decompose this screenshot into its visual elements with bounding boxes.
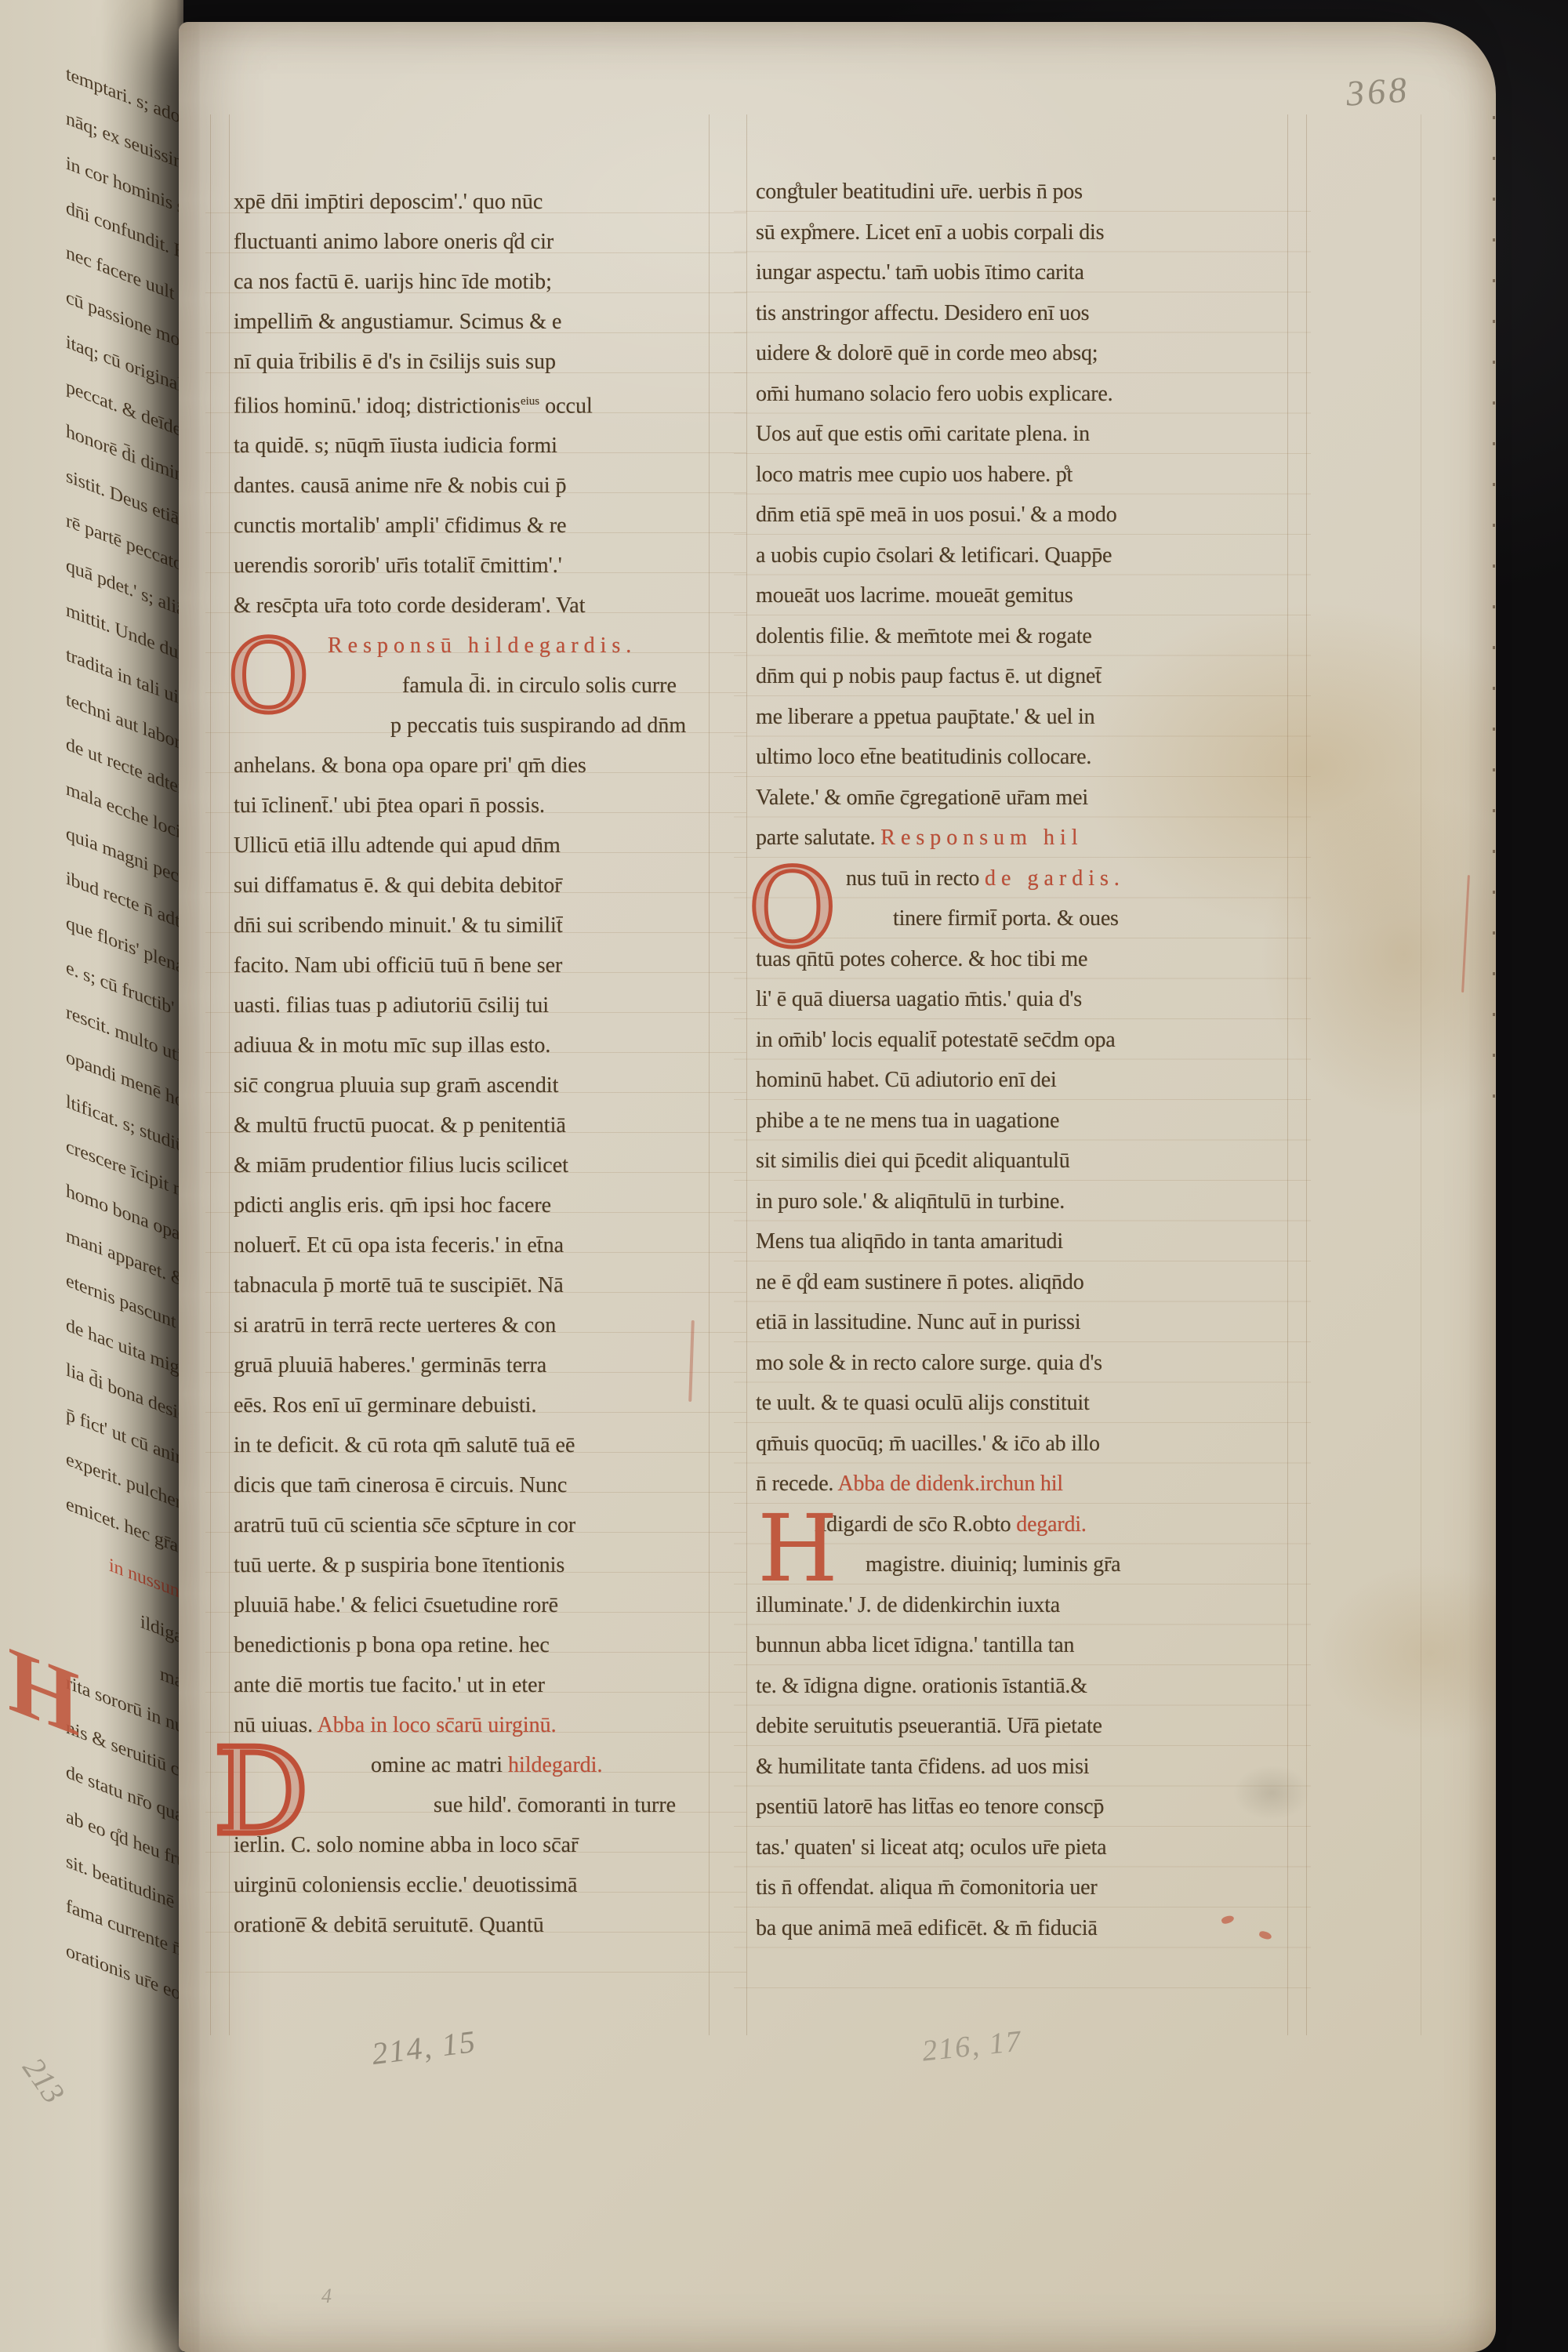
text-line: ne ē q̊d eam sustinere n̄ potes. aliqn̄d… bbox=[756, 1262, 1281, 1303]
ink-text: nū uiuas. bbox=[234, 1713, 318, 1737]
ink-text: facito. Nam ubi officiū tuū n̄ bene ser bbox=[234, 953, 562, 978]
ink-text: ta quidē. s; nūqm̄ īiusta iudicia formi bbox=[234, 434, 557, 458]
text-line: tis anstringor affectu. Desidero enī uos bbox=[756, 293, 1281, 334]
text-line: si aratrū in terrā recte uerteres & con bbox=[234, 1305, 704, 1345]
text-line: ba que animā meā edificēt. & m̄ fiduciā bbox=[756, 1908, 1281, 1949]
text-line: uerendis sororib' ur̄is totalit̄ c̄mitti… bbox=[234, 546, 704, 586]
ink-text: ante diē mortis tue facito.' ut in eter bbox=[234, 1673, 545, 1697]
ink-text: ierlin. C. solo nomine abba in loco sc̄a… bbox=[234, 1833, 578, 1857]
text-line: Responsū hildegardis. bbox=[234, 626, 704, 666]
text-line: psentiū latorē has litt̄as eo tenore con… bbox=[756, 1787, 1281, 1828]
rubric-text: Abba in loco sc̄arū uirginū. bbox=[318, 1713, 557, 1737]
text-line: pdicti anglis eris. qm̄ ipsi hoc facere bbox=[234, 1185, 704, 1225]
text-line: dn̄m etiā spē meā in uos posui.' & a mod… bbox=[756, 495, 1281, 535]
text-line: famula d̄i. in circulo solis curre bbox=[234, 666, 704, 706]
ink-text: a uobis cupio c̄solari & letificari. Qua… bbox=[756, 543, 1112, 568]
ink-text: tinere firmit̄ porta. & oues bbox=[893, 906, 1119, 931]
ink-text: eēs. Ros enī uī germinare debuisti. bbox=[234, 1393, 536, 1417]
ink-text: anhelans. & bona opa opare pri' qm̄ dies bbox=[234, 753, 586, 778]
ink-text: iungar aspectu.' tam̄ uobis ītimo carita bbox=[756, 260, 1084, 285]
ink-text: mo sole & in recto calore surge. quia d'… bbox=[756, 1351, 1102, 1375]
text-line: tabnacula p̄ mortē tuā te suscipiēt. Nā bbox=[234, 1265, 704, 1305]
text-line: & resc̄pta ur̄a toto corde desideram'. V… bbox=[234, 586, 704, 626]
ink-text: ne ē q̊d eam sustinere n̄ potes. aliqn̄d… bbox=[756, 1270, 1084, 1294]
text-line: uasti. filias tuas p adiutoriū c̄silij t… bbox=[234, 985, 704, 1025]
ink-text: loco matris mee cupio uos habere. p̊t bbox=[756, 463, 1073, 487]
text-line: dn̄m qui p nobis paup factus ē. ut digne… bbox=[756, 656, 1281, 697]
text-line: ante diē mortis tue facito.' ut in eter bbox=[234, 1665, 704, 1705]
ink-text: dn̄m etiā spē meā in uos posui.' & a mod… bbox=[756, 503, 1117, 527]
ink-text: ultimo loco et̄ne beatitudinis collocare… bbox=[756, 745, 1091, 769]
ink-text: Mens tua aliqn̄do in tanta amaritudi bbox=[756, 1229, 1063, 1254]
text-line: te uult. & te quasi oculū alijs constitu… bbox=[756, 1383, 1281, 1424]
text-line: ca nos factū ē. uarijs hinc īde motib; bbox=[234, 262, 704, 302]
text-line: oratione̅ & debitā seruitutē. Quantū bbox=[234, 1905, 704, 1945]
ink-text: occul bbox=[539, 394, 593, 418]
ink-text: gruā pluuiā haberes.' germinās terra bbox=[234, 1353, 546, 1377]
text-line: tis n̄ offendat. aliqua m̄ c̄omonitoria … bbox=[756, 1867, 1281, 1908]
ink-text: aratrū tuū cū scientia sc̄e sc̄pture in … bbox=[234, 1513, 575, 1537]
rubric-text: Responsum hil bbox=[880, 826, 1083, 850]
ink-text: xpē dn̄i imp̄tiri deposcim'.' quo nūc bbox=[234, 190, 543, 214]
text-line: phibe a te ne mens tua in uagatione bbox=[756, 1101, 1281, 1142]
ink-text: noluert̄. Et cū opa ista feceris.' in et… bbox=[234, 1233, 564, 1258]
ink-text: & humilitate tanta c̄fidens. ad uos misi bbox=[756, 1755, 1089, 1779]
rubric-text: hildegardi. bbox=[508, 1753, 603, 1777]
text-line: xpē dn̄i imp̄tiri deposcim'.' quo nūc bbox=[234, 182, 704, 222]
text-line: facito. Nam ubi officiū tuū n̄ bene ser bbox=[234, 946, 704, 985]
ink-text: sū exp̊mere. Licet enī a uobis corpali d… bbox=[756, 220, 1104, 245]
text-line: n̄ recede. Abba de didenk.irchun hil bbox=[756, 1464, 1281, 1504]
ink-text: nus tuū in recto bbox=[846, 866, 985, 891]
text-line: pluuiā habe.' & felici c̄suetudine rorē bbox=[234, 1585, 704, 1625]
text-line: tas.' quaten' si liceat atq; oculos ur̄e… bbox=[756, 1828, 1281, 1868]
facing-page-text: temptari. s; adorari debenāq; ex seuissi… bbox=[66, 52, 183, 2166]
rubric-text: de gardis. bbox=[985, 866, 1125, 891]
text-line: nū uiuas. Abba in loco sc̄arū uirginū. bbox=[234, 1705, 704, 1745]
folio-number: 368 bbox=[1345, 68, 1410, 114]
facing-initial-H: H bbox=[8, 1639, 80, 1744]
ink-text: sui diffamatus ē. & qui debita debitor̄ bbox=[234, 873, 562, 898]
ink-text: filios hominū.' idoq; districtionis bbox=[234, 394, 521, 418]
ink-text: tuas qn̄tū potes coherce. & hoc tibi me bbox=[756, 947, 1087, 971]
ink-text: impellim̄ & angustiamur. Scimus & e bbox=[234, 310, 561, 334]
ink-text: uasti. filias tuas p adiutoriū c̄silij t… bbox=[234, 993, 549, 1018]
text-line: in om̄ib' locis equalit̄ potestatē sec̄d… bbox=[756, 1020, 1281, 1061]
text-line: eēs. Ros enī uī germinare debuisti. bbox=[234, 1385, 704, 1425]
pencil-annotation-left: 214, 15 bbox=[370, 2023, 479, 2072]
ink-text: Valete.' & omn̄e c̄gregationē ur̄am mei bbox=[756, 786, 1088, 810]
text-line: dn̄i sui scribendo minuit.' & tu similit… bbox=[234, 906, 704, 946]
ink-text: uerendis sororib' ur̄is totalit̄ c̄mitti… bbox=[234, 554, 562, 578]
text-line: Mens tua aliqn̄do in tanta amaritudi bbox=[756, 1221, 1281, 1262]
vertical-rule bbox=[229, 114, 230, 2035]
ink-text: nī quia t̄ribilis ē d's in c̄silijs suis… bbox=[234, 350, 556, 374]
ink-text: uidere & dolorē quē in corde meo absq; bbox=[756, 341, 1098, 365]
margin-red-mark bbox=[1461, 875, 1470, 993]
text-line: tuū uerte. & p suspiria bone ītentionis bbox=[234, 1545, 704, 1585]
text-line: sū exp̊mere. Licet enī a uobis corpali d… bbox=[756, 212, 1281, 253]
ink-text: dn̄m qui p nobis paup factus ē. ut digne… bbox=[756, 664, 1102, 688]
text-line: dolentis filie. & mem̄tote mei & rogate bbox=[756, 616, 1281, 657]
ink-text: debite seruitutis pseuerantiā. Ur̄ā piet… bbox=[756, 1714, 1102, 1738]
text-line: qm̄uis quocūq; m̄ uacilles.' & ic̄o ab i… bbox=[756, 1424, 1281, 1465]
ink-text: ildigardi de sc̄o R.obto bbox=[815, 1512, 1016, 1537]
text-line: om̄i humano solacio fero uobis explicare… bbox=[756, 374, 1281, 415]
ink-text: sic̄ congrua pluuia sup gram̄ ascendit bbox=[234, 1073, 558, 1098]
ink-text: Uos aut̄ que estis om̄i caritate plena. … bbox=[756, 422, 1090, 446]
ink-text: Ullicū etiā illu adtende qui apud dn̄m bbox=[234, 833, 561, 858]
ink-text: oratione̅ & debitā seruitutē. Quantū bbox=[234, 1913, 544, 1937]
ink-text: p peccatis tuis suspirando ad dn̄m bbox=[390, 713, 686, 738]
ink-text: & miām prudentior filius lucis scilicet bbox=[234, 1153, 568, 1178]
text-line: a uobis cupio c̄solari & letificari. Qua… bbox=[756, 535, 1281, 576]
text-line: etiā in lassitudine. Nunc aut̄ in puriss… bbox=[756, 1302, 1281, 1343]
text-line: adiuua & in motu mīc sup illas esto. bbox=[234, 1025, 704, 1065]
ink-text: adiuua & in motu mīc sup illas esto. bbox=[234, 1033, 550, 1058]
text-line: filios hominū.' idoq; districtioniseius … bbox=[234, 382, 704, 426]
ink-text: tui īclinent̄.' ubi p̄tea opari n̄ possi… bbox=[234, 793, 545, 818]
text-line: te. & īdigna digne. orationis īstantiā.& bbox=[756, 1666, 1281, 1707]
ink-text: phibe a te ne mens tua in uagatione bbox=[756, 1109, 1059, 1133]
text-line: in puro sole.' & aliqn̄tulū in turbine. bbox=[756, 1181, 1281, 1222]
text-line: magistre. diuiniq; luminis gr̄a bbox=[756, 1544, 1281, 1585]
text-line: mo sole & in recto calore surge. quia d'… bbox=[756, 1343, 1281, 1384]
ink-text: te uult. & te quasi oculū alijs constitu… bbox=[756, 1391, 1090, 1415]
ink-text: magistre. diuiniq; luminis gr̄a bbox=[866, 1552, 1120, 1577]
ink-text: qm̄uis quocūq; m̄ uacilles.' & ic̄o ab i… bbox=[756, 1432, 1100, 1456]
text-line: & humilitate tanta c̄fidens. ad uos misi bbox=[756, 1747, 1281, 1788]
text-line: ildigardi de sc̄o R.obto degardi. bbox=[756, 1504, 1281, 1545]
ink-text: tis n̄ offendat. aliqua m̄ c̄omonitoria … bbox=[756, 1875, 1097, 1900]
text-line: in te deficit. & cū rota qm̄ salutē tuā … bbox=[234, 1425, 704, 1465]
ink-text: cong̊tuler beatitudini ur̄e. uerbis n̄ p… bbox=[756, 180, 1083, 204]
pencil-annotation-right: 216, 17 bbox=[920, 2024, 1024, 2068]
ink-text: dantes. causā anime nr̄e & nobis cui p̄ bbox=[234, 474, 567, 498]
text-line: iungar aspectu.' tam̄ uobis ītimo carita bbox=[756, 252, 1281, 293]
ink-text: dn̄i sui scribendo minuit.' & tu similit… bbox=[234, 913, 563, 938]
text-line: illuminate.' J. de didenkirchin iuxta bbox=[756, 1585, 1281, 1626]
ink-text: om̄i humano solacio fero uobis explicare… bbox=[756, 382, 1112, 406]
text-line: noluert̄. Et cū opa ista feceris.' in et… bbox=[234, 1225, 704, 1265]
text-line: aratrū tuū cū scientia sc̄e sc̄pture in … bbox=[234, 1505, 704, 1545]
ink-text: sit similis diei qui p̄cedit aliquantulū bbox=[756, 1149, 1070, 1173]
text-line: sue hild'. c̄omoranti in turre bbox=[234, 1785, 704, 1825]
ink-text: pluuiā habe.' & felici c̄suetudine rorē bbox=[234, 1593, 558, 1617]
rubric-text: Responsū hildegardis. bbox=[328, 633, 637, 658]
text-line: benedictionis p bona opa retine. hec bbox=[234, 1625, 704, 1665]
vertical-rule bbox=[746, 114, 747, 2035]
ink-text: cunctis mortalib' ampli' c̄fidimus & re bbox=[234, 514, 567, 538]
ink-text: fluctuanti animo labore oneris q̊d cir bbox=[234, 230, 554, 254]
text-line: omine ac matri hildegardi. bbox=[234, 1745, 704, 1785]
ink-text: benedictionis p bona opa retine. hec bbox=[234, 1633, 550, 1657]
text-line: li' ē quā diuersa uagatio m̄tis.' quia d… bbox=[756, 979, 1281, 1020]
ink-text: n̄ recede. bbox=[756, 1472, 838, 1496]
ink-text: tis anstringor affectu. Desidero enī uos bbox=[756, 301, 1089, 325]
ink-text: li' ē quā diuersa uagatio m̄tis.' quia d… bbox=[756, 987, 1082, 1011]
text-line: ierlin. C. solo nomine abba in loco sc̄a… bbox=[234, 1825, 704, 1865]
text-line: ta quidē. s; nūqm̄ īiusta iudicia formi bbox=[234, 426, 704, 466]
text-column-left: xpē dn̄i imp̄tiri deposcim'.' quo nūcflu… bbox=[234, 182, 704, 1945]
text-line: parte salutate. Responsum hil bbox=[756, 818, 1281, 858]
text-line: Uos aut̄ que estis om̄i caritate plena. … bbox=[756, 414, 1281, 455]
text-line: tinere firmit̄ porta. & oues bbox=[756, 898, 1281, 939]
text-line: bunnun abba licet īdigna.' tantilla tan bbox=[756, 1625, 1281, 1666]
ink-text: me liberare a ppetua paup̄tate.' & uel i… bbox=[756, 705, 1094, 729]
ink-text: hominū habet. Cū adiutorio enī dei bbox=[756, 1068, 1057, 1092]
text-line: cong̊tuler beatitudini ur̄e. uerbis n̄ p… bbox=[756, 172, 1281, 212]
text-line: cunctis mortalib' ampli' c̄fidimus & re bbox=[234, 506, 704, 546]
prick-marks bbox=[1493, 116, 1495, 1127]
text-line: Valete.' & omn̄e c̄gregationē ur̄am mei bbox=[756, 778, 1281, 818]
rubric-text: degardi. bbox=[1016, 1512, 1086, 1537]
ink-text: eius bbox=[521, 395, 539, 408]
vertical-rule bbox=[1287, 114, 1288, 2035]
pencil-foot-mark: 4 bbox=[321, 2285, 332, 2308]
text-line: dantes. causā anime nr̄e & nobis cui p̄ bbox=[234, 466, 704, 506]
text-line: gruā pluuiā haberes.' germinās terra bbox=[234, 1345, 704, 1385]
text-line: nus tuū in recto de gardis. bbox=[756, 858, 1281, 899]
ink-text: uirginū coloniensis ecclie.' deuotissimā bbox=[234, 1873, 577, 1897]
ink-text: sue hild'. c̄omoranti in turre bbox=[434, 1793, 676, 1817]
text-line: tuas qn̄tū potes coherce. & hoc tibi me bbox=[756, 939, 1281, 980]
text-line: uidere & dolorē quē in corde meo absq; bbox=[756, 333, 1281, 374]
ink-text: dolentis filie. & mem̄tote mei & rogate bbox=[756, 624, 1092, 648]
ink-text: ca nos factū ē. uarijs hinc īde motib; bbox=[234, 270, 552, 294]
ink-text: in puro sole.' & aliqn̄tulū in turbine. bbox=[756, 1189, 1065, 1214]
text-line: hominū habet. Cū adiutorio enī dei bbox=[756, 1060, 1281, 1101]
ink-text: tabnacula p̄ mortē tuā te suscipiēt. Nā bbox=[234, 1273, 564, 1298]
text-line: p peccatis tuis suspirando ad dn̄m bbox=[234, 706, 704, 746]
facing-page-strip: temptari. s; adorari debenāq; ex seuissi… bbox=[0, 0, 183, 2352]
ink-text: bunnun abba licet īdigna.' tantilla tan bbox=[756, 1633, 1074, 1657]
ink-text: pdicti anglis eris. qm̄ ipsi hoc facere bbox=[234, 1193, 551, 1218]
ink-text: in om̄ib' locis equalit̄ potestatē sec̄d… bbox=[756, 1028, 1116, 1052]
ink-text: dicis que tam̄ cinerosa ē circuis. Nunc bbox=[234, 1473, 567, 1497]
text-line: debite seruitutis pseuerantiā. Ur̄ā piet… bbox=[756, 1706, 1281, 1747]
rubric-text: Abba de didenk.irchun hil bbox=[838, 1472, 1063, 1496]
manuscript-page: 368 xpē dn̄i imp̄tiri deposcim'.' quo nū… bbox=[179, 22, 1496, 2352]
ink-text: parte salutate. bbox=[756, 826, 880, 850]
text-column-right: cong̊tuler beatitudini ur̄e. uerbis n̄ p… bbox=[756, 172, 1281, 1948]
spine-pencil-number: 213 bbox=[16, 2050, 73, 2110]
vertical-rule bbox=[709, 114, 710, 2035]
vertical-rule bbox=[1306, 114, 1307, 2035]
ink-text: illuminate.' J. de didenkirchin iuxta bbox=[756, 1593, 1060, 1617]
ink-text: & multū fructū puocat. & p penitentiā bbox=[234, 1113, 566, 1138]
ink-text: omine ac matri bbox=[371, 1753, 508, 1777]
ink-text: ba que animā meā edificēt. & m̄ fiduciā bbox=[756, 1916, 1098, 1940]
ink-text: in te deficit. & cū rota qm̄ salutē tuā … bbox=[234, 1433, 575, 1457]
ink-text: etiā in lassitudine. Nunc aut̄ in puriss… bbox=[756, 1310, 1080, 1334]
text-line: loco matris mee cupio uos habere. p̊t bbox=[756, 455, 1281, 495]
text-line: anhelans. & bona opa opare pri' qm̄ dies bbox=[234, 746, 704, 786]
text-line: tui īclinent̄.' ubi p̄tea opari n̄ possi… bbox=[234, 786, 704, 826]
vertical-rule bbox=[210, 114, 211, 2035]
text-line: uirginū coloniensis ecclie.' deuotissimā bbox=[234, 1865, 704, 1905]
ink-text: tas.' quaten' si liceat atq; oculos ur̄e… bbox=[756, 1835, 1106, 1860]
text-line: & multū fructū puocat. & p penitentiā bbox=[234, 1105, 704, 1145]
ink-text: & resc̄pta ur̄a toto corde desideram'. V… bbox=[234, 593, 585, 618]
ink-text: si aratrū in terrā recte uerteres & con bbox=[234, 1313, 556, 1338]
text-line: sui diffamatus ē. & qui debita debitor̄ bbox=[234, 866, 704, 906]
text-line: dicis que tam̄ cinerosa ē circuis. Nunc bbox=[234, 1465, 704, 1505]
ink-text: famula d̄i. in circulo solis curre bbox=[402, 673, 677, 698]
text-line: ultimo loco et̄ne beatitudinis collocare… bbox=[756, 737, 1281, 778]
text-line: moueāt uos lacrime. moueāt gemitus bbox=[756, 575, 1281, 616]
text-line: nī quia t̄ribilis ē d's in c̄silijs suis… bbox=[234, 342, 704, 382]
text-line: fluctuanti animo labore oneris q̊d cir bbox=[234, 222, 704, 262]
text-line: & miām prudentior filius lucis scilicet bbox=[234, 1145, 704, 1185]
ink-text: psentiū latorē has litt̄as eo tenore con… bbox=[756, 1795, 1104, 1819]
text-line: sic̄ congrua pluuia sup gram̄ ascendit bbox=[234, 1065, 704, 1105]
text-line: Ullicū etiā illu adtende qui apud dn̄m bbox=[234, 826, 704, 866]
ink-text: moueāt uos lacrime. moueāt gemitus bbox=[756, 583, 1073, 608]
ink-text: te. & īdigna digne. orationis īstantiā.& bbox=[756, 1674, 1087, 1698]
text-line: sit similis diei qui p̄cedit aliquantulū bbox=[756, 1141, 1281, 1181]
vertical-rule bbox=[1421, 114, 1421, 2035]
text-line: impellim̄ & angustiamur. Scimus & e bbox=[234, 302, 704, 342]
text-line: me liberare a ppetua paup̄tate.' & uel i… bbox=[756, 697, 1281, 738]
ink-text: tuū uerte. & p suspiria bone ītentionis bbox=[234, 1553, 564, 1577]
